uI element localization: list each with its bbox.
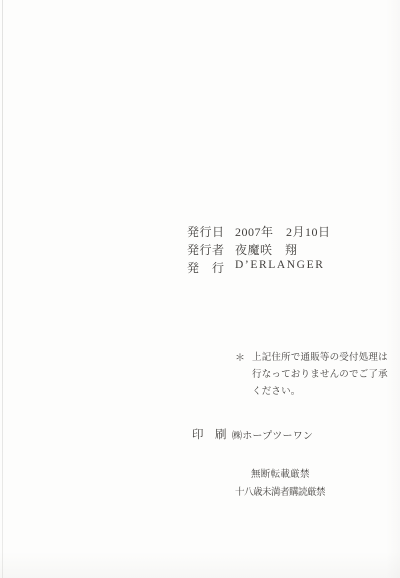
- note-line-2: 行なっておりませんのでご了承: [252, 367, 388, 384]
- mail-order-note: ＊ 上記住所で通販等の受付処理は 行なっておりませんのでご了承 ください。: [235, 350, 388, 401]
- circle-name-label: 発 行: [187, 259, 235, 276]
- asterisk-marker: ＊: [235, 350, 252, 401]
- publisher-person-label: 発行者: [187, 241, 235, 258]
- no-reproduction-notice: 無断転載厳禁: [251, 466, 310, 480]
- scan-shadow-right: [386, 0, 400, 578]
- note-line-1: 上記住所で通販等の受付処理は: [252, 350, 388, 367]
- scan-edge-artifact: [2, 0, 3, 578]
- mail-order-note-text: 上記住所で通販等の受付処理は 行なっておりませんのでご了承 ください。: [252, 350, 388, 401]
- printer-label: 印 刷: [192, 426, 227, 442]
- publication-date-label: 発行日: [187, 223, 235, 240]
- circle-name-value: D’ERLANGER: [235, 259, 324, 271]
- note-line-3: ください。: [252, 384, 388, 401]
- adults-only-notice: 十八歳未満者購読厳禁: [235, 484, 325, 498]
- scanned-colophon-page: 発行日 2007年 2月10日 発行者 夜魔咲 翔 発 行 D’ERLANGER…: [0, 0, 400, 578]
- publication-info-block: 発行日 2007年 2月10日 発行者 夜魔咲 翔 発 行 D’ERLANGER: [187, 223, 331, 277]
- circle-name-row: 発 行 D’ERLANGER: [187, 259, 331, 277]
- scan-shadow-bottom: [0, 552, 400, 578]
- publisher-person-value: 夜魔咲 翔: [235, 241, 298, 258]
- publisher-person-row: 発行者 夜魔咲 翔: [187, 241, 331, 259]
- printer-company-name: ㈱ホープツーワン: [232, 427, 313, 442]
- publication-date-value: 2007年 2月10日: [235, 223, 331, 240]
- publication-date-row: 発行日 2007年 2月10日: [187, 223, 331, 241]
